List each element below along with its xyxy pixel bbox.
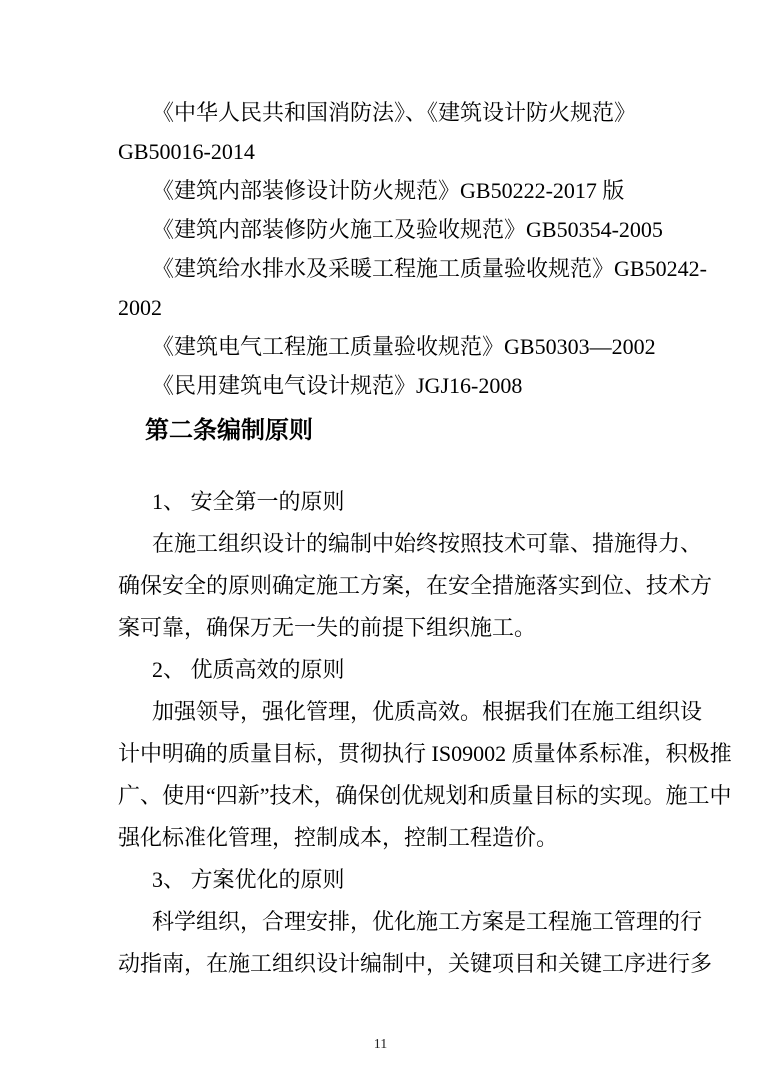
principle-title: 1、 安全第一的原则	[118, 481, 677, 523]
paragraph-line: 确保安全的原则确定施工方案，在安全措施落实到位、技术方	[118, 565, 677, 607]
reference-line: 2002	[118, 288, 677, 327]
reference-line: 《中华人民共和国消防法》、《建筑设计防火规范》	[118, 93, 677, 132]
reference-line: 《建筑内部装修防火施工及验收规范》GB50354-2005	[118, 210, 677, 249]
reference-line: 《建筑内部装修设计防火规范》GB50222-2017 版	[118, 171, 677, 210]
principle-section-3: 3、 方案优化的原则 科学组织，合理安排，优化施工方案是工程施工管理的行 动指南…	[118, 859, 677, 985]
document-page: 《中华人民共和国消防法》、《建筑设计防火规范》 GB50016-2014 《建筑…	[0, 0, 761, 1077]
reference-line: GB50016-2014	[118, 132, 677, 171]
section-heading: 第二条编制原则	[118, 409, 677, 453]
principle-section-2: 2、 优质高效的原则 加强领导，强化管理，优质高效。根据我们在施工组织设 计中明…	[118, 649, 677, 859]
reference-line: 《民用建筑电气设计规范》JGJ16-2008	[118, 366, 677, 405]
paragraph-line: 案可靠，确保万无一失的前提下组织施工。	[118, 607, 677, 649]
principle-title: 3、 方案优化的原则	[118, 859, 677, 901]
reference-line: 《建筑给水排水及采暖工程施工质量验收规范》GB50242-	[118, 249, 677, 288]
paragraph-line: 强化标准化管理，控制成本，控制工程造价。	[118, 817, 677, 859]
reference-list: 《中华人民共和国消防法》、《建筑设计防火规范》 GB50016-2014 《建筑…	[118, 93, 677, 405]
paragraph-line: 科学组织，合理安排，优化施工方案是工程施工管理的行	[118, 901, 677, 943]
page-number: 11	[0, 1038, 761, 1052]
reference-line: 《建筑电气工程施工质量验收规范》GB50303—2002	[118, 327, 677, 366]
principle-section-1: 1、 安全第一的原则 在施工组织设计的编制中始终按照技术可靠、措施得力、 确保安…	[118, 481, 677, 649]
paragraph-line: 在施工组织设计的编制中始终按照技术可靠、措施得力、	[118, 523, 677, 565]
paragraph-line: 广、使用“四新”技术，确保创优规划和质量目标的实现。施工中	[118, 775, 677, 817]
paragraph-line: 加强领导，强化管理，优质高效。根据我们在施工组织设	[118, 691, 677, 733]
paragraph-line: 计中明确的质量目标，贯彻执行 IS09002 质量体系标准，积极推	[118, 733, 677, 775]
principle-title: 2、 优质高效的原则	[118, 649, 677, 691]
paragraph-line: 动指南，在施工组织设计编制中，关键项目和关键工序进行多	[118, 943, 677, 985]
